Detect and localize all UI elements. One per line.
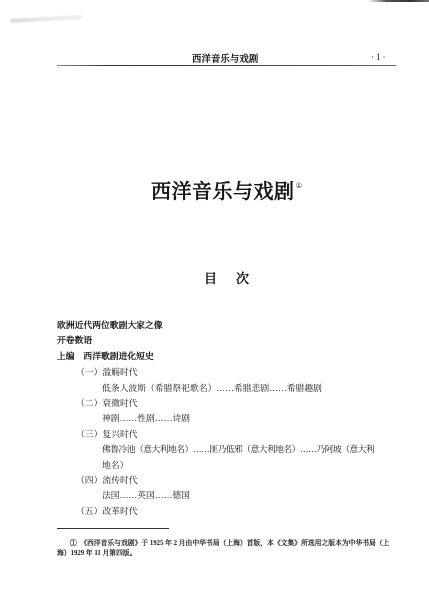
toc-entry: 欧洲近代两位歌剧大家之像 <box>57 319 374 334</box>
toc-section: （一）滥觞时代 <box>57 365 374 380</box>
toc-heading: 目 次 <box>204 268 252 287</box>
toc-section: （四）流传时代 <box>57 473 374 488</box>
footnote-rule <box>57 528 169 529</box>
watermark <box>10 15 82 23</box>
toc-subentry: 低条人波斯（希腊祭祀歌名）……希腊悲剧……希腊趣剧 <box>57 381 374 396</box>
table-of-contents: 欧洲近代两位歌剧大家之像 开卷数语 上编 西洋歌剧进化短史 （一）滥觞时代 低条… <box>57 319 374 519</box>
running-header-title: 西洋音乐与戏剧 <box>192 51 258 65</box>
toc-subentry: 佛鲁冷池（意大利地名）……匪乃低邪（意大利地名）……乃阿坡（意大利 <box>57 442 374 457</box>
toc-section: （二）衰微时代 <box>57 396 374 411</box>
toc-entry: 开卷数语 <box>57 334 374 349</box>
footnote: ① 《西洋音乐与戏剧》于 1925 年 2 月由中华书局（上海）首版，本《文集》… <box>57 539 389 559</box>
footnote-line: 海）1929 年 11 月第四版。 <box>57 549 389 559</box>
toc-subentry-continuation: 地名） <box>57 458 374 473</box>
toc-subentry: 法国……英国……德国 <box>57 488 374 503</box>
toc-section: （三）复兴时代 <box>57 427 374 442</box>
page-title: 西洋音乐与戏剧① <box>151 175 303 204</box>
footnote-line: ① 《西洋音乐与戏剧》于 1925 年 2 月由中华书局（上海）首版，本《文集》… <box>57 539 389 549</box>
toc-section: （五）改革时代 <box>57 504 374 519</box>
footnote-marker: ① <box>296 181 303 190</box>
page-title-text: 西洋音乐与戏剧 <box>151 181 295 203</box>
header-rule <box>57 65 396 66</box>
toc-subentry: 神剧……性剧……诗剧 <box>57 411 374 426</box>
toc-entry: 上编 西洋歌剧进化短史 <box>57 350 374 365</box>
page-number: ·1· <box>371 52 388 62</box>
scan-edge-shadow <box>368 0 429 2</box>
